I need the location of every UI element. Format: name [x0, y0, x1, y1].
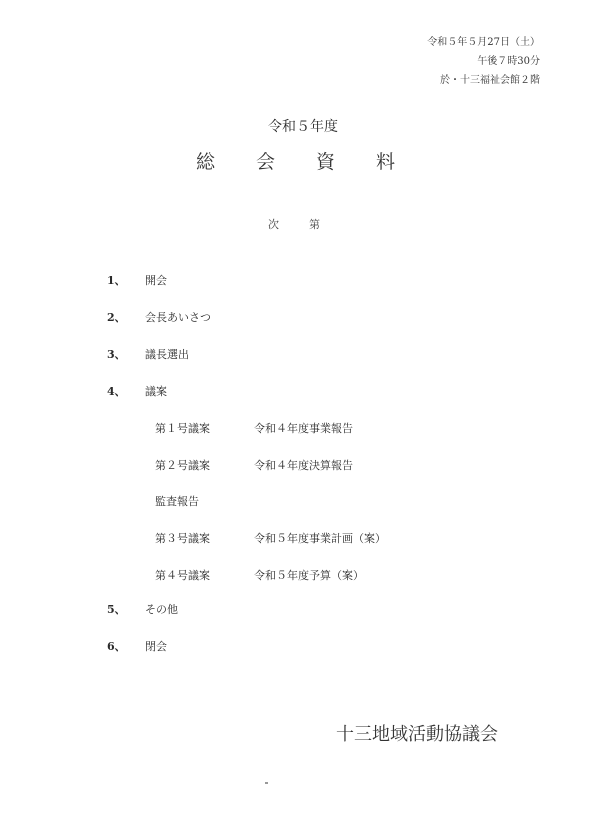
- agenda-heading: 次第: [268, 216, 320, 232]
- proposal-number: 第２号議案: [155, 457, 210, 473]
- agenda-item-number: 2、: [107, 309, 126, 325]
- agenda-item-number: 6、: [107, 638, 126, 654]
- proposal-number: 第４号議案: [155, 567, 210, 583]
- heading-char: 次: [268, 216, 279, 232]
- title-char: 会: [256, 147, 275, 174]
- document-title: 総会資料: [196, 147, 395, 174]
- agenda-item-label: 会長あいさつ: [145, 309, 211, 325]
- agenda-item-number: 1、: [107, 272, 126, 288]
- heading-char: 第: [309, 216, 320, 232]
- proposal-number: 第１号議案: [155, 420, 210, 436]
- scan-speck: [265, 782, 268, 784]
- agenda-item-number: 5、: [107, 601, 126, 617]
- agenda-item-number: 4、: [107, 383, 126, 399]
- proposal-title: 令和４年度事業報告: [254, 420, 353, 436]
- title-char: 資: [316, 147, 335, 174]
- proposal-title: 令和４年度決算報告: [254, 457, 353, 473]
- agenda-item-label: 議案: [145, 383, 167, 399]
- meeting-time: 午後７時30分: [477, 52, 540, 71]
- proposal-number: 第３号議案: [155, 530, 210, 546]
- organization-name: 十三地域活動協議会: [336, 720, 498, 746]
- audit-report: 監査報告: [155, 493, 199, 509]
- agenda-item-label: その他: [145, 601, 178, 617]
- agenda-item-label: 開会: [145, 272, 167, 288]
- agenda-item-number: 3、: [107, 346, 126, 362]
- fiscal-year-title: 令和５年度: [0, 116, 606, 136]
- agenda-item-label: 閉会: [145, 638, 167, 654]
- proposal-title: 令和５年度事業計画（案）: [254, 530, 386, 546]
- agenda-item-label: 議長選出: [145, 346, 189, 362]
- meeting-date: 令和５年５月27日（土）: [427, 33, 540, 52]
- title-char: 総: [196, 147, 215, 174]
- proposal-title: 令和５年度予算（案）: [254, 567, 364, 583]
- title-char: 料: [376, 147, 395, 174]
- meeting-venue: 於・十三福祉会館２階: [440, 71, 540, 90]
